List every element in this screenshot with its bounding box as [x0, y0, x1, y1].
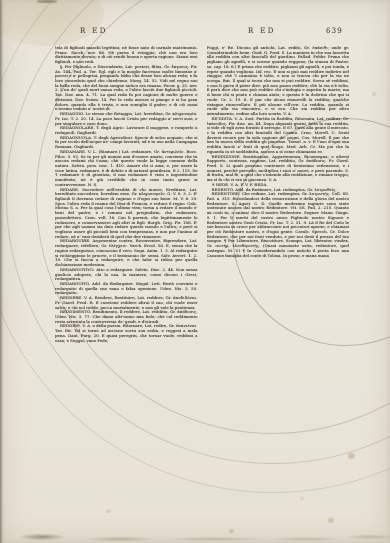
scan-edge-top-mark [37, 0, 57, 3]
dictionary-paragraph: REDARGUITIVO. Atto a redarguire. Salvin.… [55, 268, 198, 282]
paper-stain-topleft [0, 0, 104, 46]
dictionary-paragraph: REDENTORE. Che redime, Lat. redemptor, G… [207, 192, 350, 258]
dictionary-paragraph: Fuggì, e' Re. Dicono gli antichi, Lat. r… [207, 46, 350, 117]
column-right: Fuggì, e' Re. Dicono gli antichi, Lat. r… [207, 46, 350, 424]
dictionary-paragraph: REDARE. Succedere nell'eredità di chi mu… [55, 188, 198, 240]
scan-edge-left [0, 0, 4, 543]
running-head-center: R ED [248, 27, 276, 35]
dictionary-paragraph: REDARGUITO. Add. da Redarguire. Magal. L… [55, 282, 198, 296]
dictionary-paragraph: RE'DDITA. V. A. Sost. Partita in Reddita… [207, 117, 350, 155]
dictionary-paragraph: §. Per Figliuolo, e Discendente, Lat. po… [55, 65, 198, 112]
scan-edge-bottom-smudge [0, 531, 390, 543]
dictionary-paragraph: REDARGUIRE. Argomentar contra, Riconveni… [55, 239, 198, 267]
dictionary-paragraph: REDDIRE. V. A. e della poesia. Ritornare… [55, 324, 198, 343]
text-block: tela di figliuoli maschi legittimi, nè f… [55, 46, 349, 424]
page-number: 639 [326, 27, 343, 35]
dictionary-paragraph: REDAGGIO. Lo stesso che Retaggio, Lat. h… [55, 112, 198, 126]
dictionary-paragraph: tela di figliuoli maschi legittimi, nè f… [55, 46, 198, 65]
dictionary-paragraph: REDAMARE. V. L. (Riamare.) Lat. redamare… [55, 150, 198, 188]
scanned-dictionary-page: R ED R ED 639 tela di figliuoli maschi l… [0, 0, 390, 543]
foxing-spot [372, 92, 376, 96]
running-head-left: R ED [80, 27, 108, 35]
foxing-spot [328, 518, 334, 523]
dictionary-paragraph: REDDIZIONE. Restituzione, Appartenenza, … [207, 155, 350, 183]
foxing-spot [300, 497, 304, 500]
dictionary-paragraph: REDAGNUOLA. T. degli Agricoltori. Specie… [55, 136, 198, 150]
column-left: tela di figliuoli maschi legittimi, nè f… [55, 46, 198, 424]
foxing-spot [348, 453, 355, 459]
foxing-spot [106, 509, 111, 513]
